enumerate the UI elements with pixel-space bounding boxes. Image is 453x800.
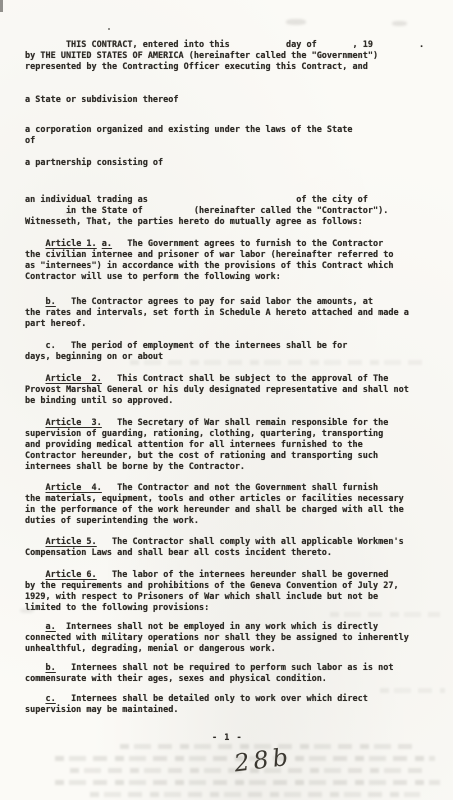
text-line: 1929, with respect to Prisoners of War w… bbox=[25, 592, 378, 603]
text-segment: in the performance of the work hereunder… bbox=[25, 505, 404, 515]
underlined-heading: b. bbox=[45, 663, 55, 673]
text-line: Compensation Laws and shall bear all cos… bbox=[25, 548, 332, 559]
text-line: by THE UNITED STATES OF AMERICA (hereina… bbox=[25, 51, 378, 62]
underlined-heading: Article 6. bbox=[45, 570, 96, 580]
text-line: Witnesseth, That, the parties hereto do … bbox=[25, 217, 363, 228]
underlined-heading: Article 1. bbox=[45, 239, 96, 249]
bleed-through-ghost-text bbox=[120, 744, 420, 749]
text-line: limited to the following provisions: bbox=[25, 603, 209, 614]
text-line: b. Internees shall not be required to pe… bbox=[25, 663, 394, 674]
bleed-through-ghost-text bbox=[90, 792, 420, 797]
text-segment: of bbox=[25, 136, 35, 146]
text-line: THIS CONTRACT, entered into this day of … bbox=[25, 40, 424, 51]
text-segment: THIS CONTRACT, entered into this day of … bbox=[25, 40, 424, 50]
text-segment bbox=[25, 483, 45, 493]
text-line: supervision of guarding, rationing, clot… bbox=[25, 429, 383, 440]
text-segment bbox=[25, 622, 45, 632]
bleed-through-ghost-text bbox=[70, 768, 425, 773]
bleed-through-ghost-text bbox=[330, 612, 440, 617]
text-segment: Contractor will use to perform the follo… bbox=[25, 272, 281, 282]
text-segment: the civilian internee and prisoner of wa… bbox=[25, 250, 393, 260]
text-line: a partnership consisting of bbox=[25, 158, 163, 169]
text-line: part hereof. bbox=[25, 319, 86, 330]
text-segment: unhealthful, degrading, menial or danger… bbox=[25, 644, 276, 654]
text-segment: by the requirements and prohibitions of … bbox=[25, 581, 399, 591]
text-line: the materials, equipment, tools and othe… bbox=[25, 494, 404, 505]
text-segment: Provost Marshal General or his duly desi… bbox=[25, 385, 409, 395]
text-line: as "internees") in accordance with the p… bbox=[25, 261, 393, 272]
text-segment: Witnesseth, That, the parties hereto do … bbox=[25, 217, 363, 227]
text-segment bbox=[25, 239, 45, 249]
underlined-heading: a. bbox=[102, 239, 112, 249]
text-segment: Compensation Laws and shall bear all cos… bbox=[25, 548, 332, 558]
text-line: and providing medical attention for all … bbox=[25, 440, 363, 451]
bleed-through-ghost-text bbox=[380, 688, 445, 693]
text-segment: The Secretary of War shall remain respon… bbox=[102, 418, 389, 428]
text-segment: in the State of (hereinafter called the … bbox=[25, 206, 388, 216]
text-segment: and providing medical attention for all … bbox=[25, 440, 363, 450]
text-segment: c. The period of employment of the inter… bbox=[25, 341, 347, 351]
text-line: in the performance of the work hereunder… bbox=[25, 505, 404, 516]
underlined-heading: Article 5. bbox=[45, 537, 96, 547]
text-segment: by THE UNITED STATES OF AMERICA (hereina… bbox=[25, 51, 378, 61]
text-line: Article 6. The labor of the internees he… bbox=[25, 570, 388, 581]
scan-noise-speck bbox=[108, 28, 110, 30]
text-line: b. The Contractor agrees to pay for said… bbox=[25, 297, 373, 308]
text-segment: The Contractor shall comply with all app… bbox=[97, 537, 404, 547]
text-segment: Internees shall not be employed in any w… bbox=[56, 622, 378, 632]
text-line: c. Internees shall be detailed only to w… bbox=[25, 694, 368, 705]
text-line: Provost Marshal General or his duly desi… bbox=[25, 385, 409, 396]
text-line: connected with military operations nor s… bbox=[25, 633, 409, 644]
text-line: represented by the Contracting Officer e… bbox=[25, 62, 368, 73]
text-line: supervision may be maintained. bbox=[25, 705, 179, 716]
underlined-heading: Article 2. bbox=[45, 374, 101, 384]
text-segment: Internees shall be detailed only to work… bbox=[56, 694, 368, 704]
text-line: Article 3. The Secretary of War shall re… bbox=[25, 418, 388, 429]
text-segment: represented by the Contracting Officer e… bbox=[25, 62, 368, 72]
underlined-heading: Article 3. bbox=[45, 418, 101, 428]
text-segment: duties of superintending the work. bbox=[25, 516, 199, 526]
text-line: Contractor will use to perform the follo… bbox=[25, 272, 281, 283]
text-line: internees shall be borne by the Contract… bbox=[25, 462, 245, 473]
text-segment: an individual trading as of the city of bbox=[25, 195, 368, 205]
text-line: be binding until so approved. bbox=[25, 396, 173, 407]
text-line: a. Internees shall not be employed in an… bbox=[25, 622, 378, 633]
text-segment: the materials, equipment, tools and othe… bbox=[25, 494, 404, 504]
text-segment bbox=[25, 297, 45, 307]
text-segment bbox=[25, 663, 45, 673]
text-line: by the requirements and prohibitions of … bbox=[25, 581, 399, 592]
text-segment: limited to the following provisions: bbox=[25, 603, 209, 613]
text-segment: be binding until so approved. bbox=[25, 396, 173, 406]
text-segment: part hereof. bbox=[25, 319, 86, 329]
page-number: - 1 - bbox=[212, 733, 243, 744]
text-line: of bbox=[25, 136, 35, 147]
bleed-through-ghost-text bbox=[130, 360, 430, 365]
text-segment bbox=[25, 418, 45, 428]
text-segment: supervision of guarding, rationing, clot… bbox=[25, 429, 383, 439]
text-line: a State or subdivision thereof bbox=[25, 95, 179, 106]
text-segment: a corporation organized and existing und… bbox=[25, 125, 353, 135]
text-segment: The Contractor and not the Government sh… bbox=[102, 483, 378, 493]
text-segment bbox=[25, 537, 45, 547]
text-segment: a partnership consisting of bbox=[25, 158, 163, 168]
underlined-heading: Article 4. bbox=[45, 483, 101, 493]
text-line: Article 5. The Contractor shall comply w… bbox=[25, 537, 404, 548]
text-segment: 1929, with respect to Prisoners of War w… bbox=[25, 592, 378, 602]
text-segment: a State or subdivision thereof bbox=[25, 95, 179, 105]
text-segment bbox=[25, 374, 45, 384]
underlined-heading: c. bbox=[45, 694, 55, 704]
text-segment: The Government agrees to furnish to the … bbox=[112, 239, 383, 249]
text-segment: The labor of the internees hereunder sha… bbox=[97, 570, 389, 580]
text-segment: supervision may be maintained. bbox=[25, 705, 179, 715]
text-segment: Contractor hereunder, but the cost of ra… bbox=[25, 451, 378, 461]
text-segment: connected with military operations nor s… bbox=[25, 633, 409, 643]
underlined-heading: a. bbox=[45, 622, 55, 632]
bleed-through-ghost-text bbox=[55, 756, 435, 761]
scan-noise-speck bbox=[0, 0, 3, 12]
text-line: Article 1. a. The Government agrees to f… bbox=[25, 239, 383, 250]
scan-noise-smudge bbox=[64, 212, 74, 216]
text-line: the rates and intervals, set forth in Sc… bbox=[25, 308, 409, 319]
text-segment: Internees shall not be required to perfo… bbox=[56, 663, 394, 673]
text-segment: This Contract shall be subject to the ap… bbox=[102, 374, 389, 384]
underlined-heading: b. bbox=[45, 297, 55, 307]
text-segment bbox=[25, 570, 45, 580]
text-line: Contractor hereunder, but the cost of ra… bbox=[25, 451, 378, 462]
text-segment: commensurate with their ages, sexes and … bbox=[25, 674, 327, 684]
text-line: an individual trading as of the city of bbox=[25, 195, 368, 206]
text-line: commensurate with their ages, sexes and … bbox=[25, 674, 327, 685]
scan-noise-smudge bbox=[392, 21, 407, 26]
text-line: unhealthful, degrading, menial or danger… bbox=[25, 644, 276, 655]
text-segment: internees shall be borne by the Contract… bbox=[25, 462, 245, 472]
text-line: Article 2. This Contract shall be subjec… bbox=[25, 374, 388, 385]
bleed-through-ghost-text bbox=[55, 780, 440, 785]
scan-noise-smudge bbox=[20, 608, 34, 613]
text-segment: the rates and intervals, set forth in Sc… bbox=[25, 308, 409, 318]
scan-noise-smudge bbox=[286, 19, 306, 25]
text-segment bbox=[25, 694, 45, 704]
text-line: in the State of (hereinafter called the … bbox=[25, 206, 388, 217]
text-line: c. The period of employment of the inter… bbox=[25, 341, 347, 352]
text-line: duties of superintending the work. bbox=[25, 516, 199, 527]
text-segment: as "internees") in accordance with the p… bbox=[25, 261, 393, 271]
text-line: the civilian internee and prisoner of wa… bbox=[25, 250, 393, 261]
text-segment: The Contractor agrees to pay for said la… bbox=[56, 297, 373, 307]
text-line: a corporation organized and existing und… bbox=[25, 125, 353, 136]
contract-document-page: THIS CONTRACT, entered into this day of … bbox=[0, 0, 453, 800]
text-line: Article 4. The Contractor and not the Go… bbox=[25, 483, 378, 494]
